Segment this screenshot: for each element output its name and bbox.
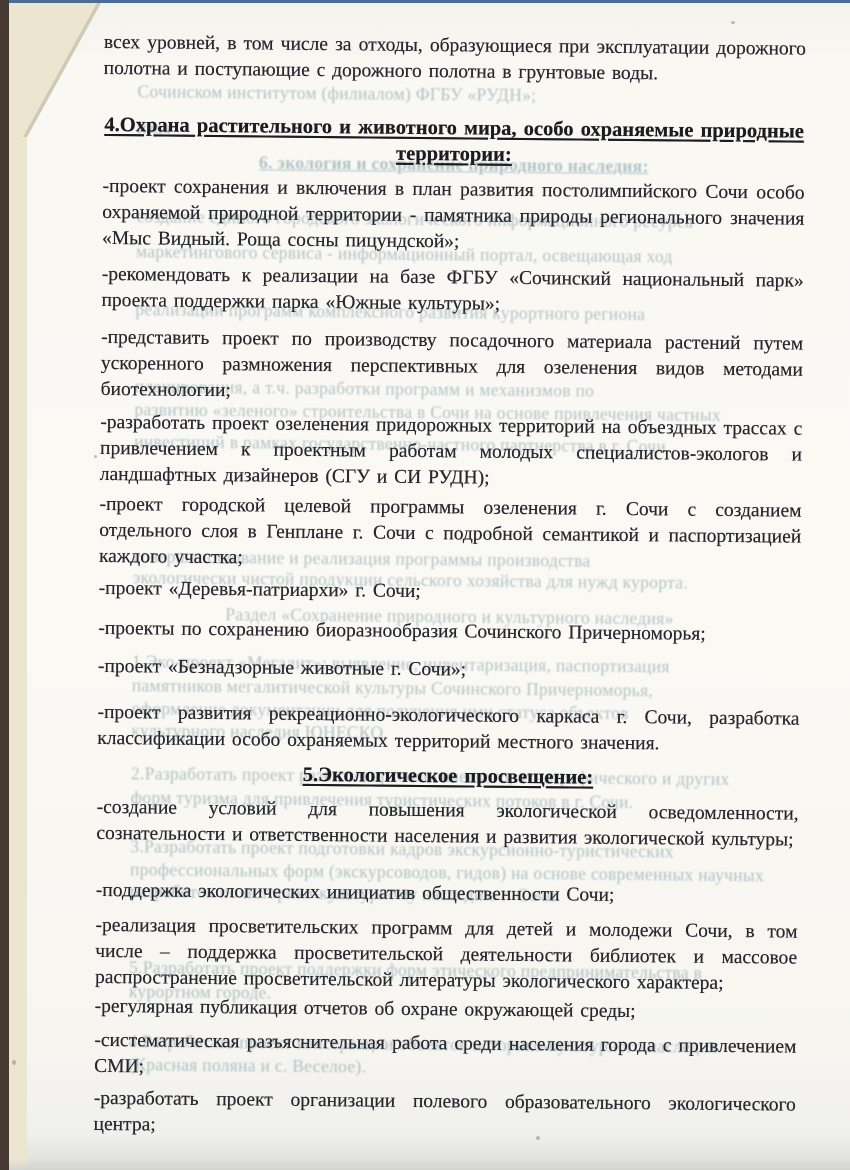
scan-left-edge (0, 0, 9, 1170)
paragraph: -проект сохранения и включения в план ра… (102, 174, 805, 259)
paragraph: -реализация просветительских программ дл… (95, 913, 798, 998)
scan-bottom-shadow (9, 1159, 850, 1170)
paragraph: всех уровней, в том числе за отходы, обр… (104, 30, 806, 89)
document-content: Сочинском институтом (филиалом) ФГБУ «РУ… (0, 0, 850, 1170)
paragraph: -проект городской целевой программы озел… (99, 492, 802, 577)
paragraph: -проект развития рекреационно-экологичес… (97, 700, 799, 759)
paragraph: -создание условий для повышения экологич… (96, 795, 798, 854)
paragraph: -представить проект по производству поса… (101, 325, 804, 410)
section-heading: 4.Охрана растительного и животного мира,… (103, 112, 805, 171)
paragraph: -регулярная публикация отчетов об охране… (95, 994, 797, 1027)
paragraph: -рекомендовать к реализации на базе ФГБУ… (101, 262, 803, 321)
scan-speck (94, 455, 97, 458)
paragraph: -разработать проект организации полевого… (93, 1086, 795, 1145)
paragraph: -систематическая разъяснительная работа … (94, 1028, 796, 1087)
scanned-page: Сочинском институтом (филиалом) ФГБУ «РУ… (0, 0, 850, 1170)
paragraph: -поддержка экологических инициатив общес… (96, 878, 798, 911)
paragraph: -разработать проект озеленения придорожн… (100, 410, 803, 495)
scan-top-edge (0, 0, 850, 3)
scan-speck (731, 21, 735, 24)
scan-speck (12, 1060, 16, 1065)
paragraph: -проекты по сохранению биоразнообразия С… (98, 616, 800, 649)
scan-speck (536, 1136, 540, 1140)
